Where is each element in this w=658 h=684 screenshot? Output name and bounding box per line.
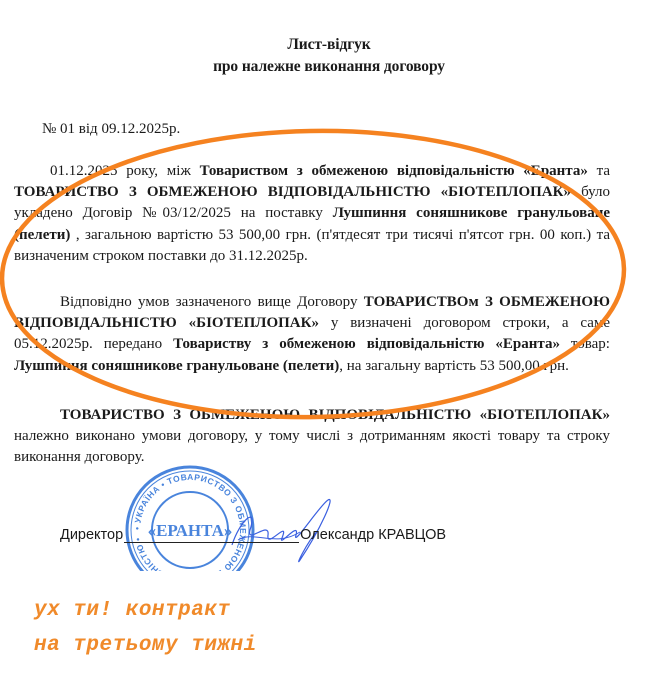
document-subtitle: про належне виконання договору [0, 58, 658, 76]
document-page: Лист-відгук про належне виконання догово… [0, 0, 658, 684]
signature-block: ДиректорОлександр КРАВЦОВ [60, 527, 446, 543]
annotation-line-1: ух ти! контракт [34, 599, 231, 622]
annotation-line-2: на третьому тижні [34, 634, 257, 657]
signatory-role: Директор [60, 527, 123, 543]
signature-line [124, 528, 299, 543]
paragraph-contract: 01.12.2025 року, між Товариством з обмеж… [14, 161, 610, 267]
document-number: № 01 від 09.12.2025р. [42, 121, 180, 138]
paragraph-delivery: Відповідно умов зазначеного вище Договор… [14, 292, 610, 377]
signatory-name: Олександр КРАВЦОВ [300, 527, 446, 543]
document-title: Лист-відгук [0, 36, 658, 54]
paragraph-fulfilment: ТОВАРИСТВО З ОБМЕЖЕНОЮ ВІДПОВІДАЛЬНІСТЮ … [14, 405, 610, 469]
